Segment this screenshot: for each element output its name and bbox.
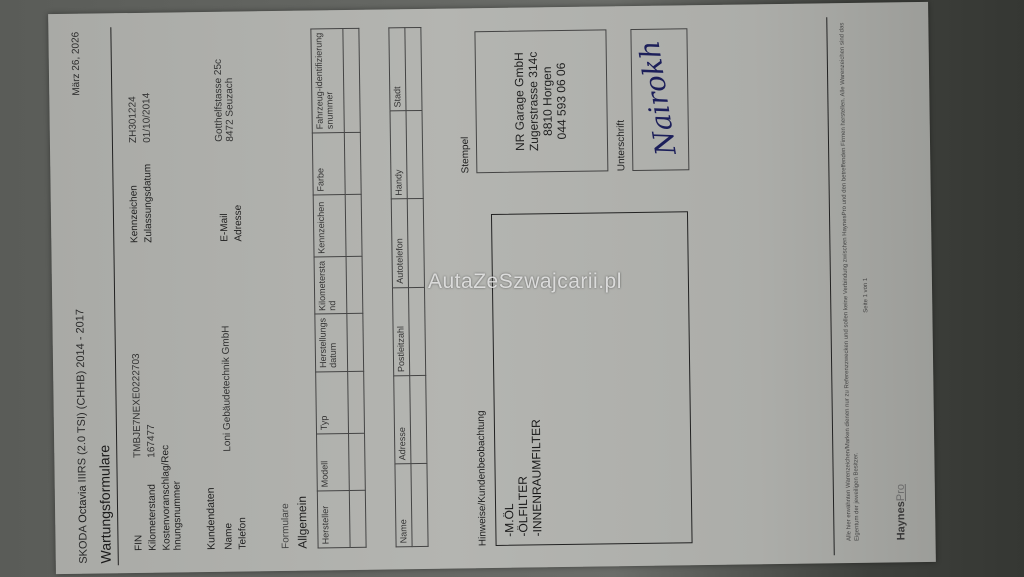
stamp-line: Zugerstrasse 314c xyxy=(525,31,541,171)
table-cell[interactable] xyxy=(411,463,428,546)
vehicle-variant: IIIRS (2.0 TSI) (CHHB) 2014 - 2017 xyxy=(74,309,88,483)
table-cell[interactable] xyxy=(349,433,366,490)
fin-label: FIN xyxy=(133,535,144,551)
stamp-label: Stempel xyxy=(460,137,472,174)
mileage-label: Kilometerstand xyxy=(147,484,159,551)
signature-value: Nairokh xyxy=(631,28,683,158)
table-cell[interactable] xyxy=(346,257,363,314)
registration-date-label: Zulassungsdatum xyxy=(142,164,154,243)
mileage-value: 167477 xyxy=(146,424,157,458)
table-cell[interactable] xyxy=(349,490,366,547)
customer-info-table: Name Adresse Postleitzahl Autotelefon Ha… xyxy=(388,27,428,547)
stamp-box: NR Garage GmbH Zugerstrasse 314c 8810 Ho… xyxy=(474,29,608,173)
col-header: Herstellungsdatum xyxy=(315,314,348,372)
invoice-number-label: Kostenvoranschlag/Rechnungsnummer xyxy=(160,440,184,550)
customer-address-value: Gotthelfstasse 25c 8472 Seuzach xyxy=(213,59,236,142)
table-cell[interactable] xyxy=(407,199,424,287)
vehicle-info-table: Hersteller Modell Typ Herstellungsdatum … xyxy=(310,28,366,549)
footer-divider xyxy=(826,17,835,555)
table-cell[interactable] xyxy=(405,27,422,110)
col-header: Stadt xyxy=(389,28,406,111)
col-header: Hersteller xyxy=(317,490,350,548)
stamp-text: NR Garage GmbH Zugerstrasse 314c 8810 Ho… xyxy=(511,31,569,172)
brand-name: Haynes xyxy=(895,501,908,540)
col-header: Handy xyxy=(390,111,407,199)
footer-page: Seite 1 von 1 xyxy=(862,278,870,313)
notes-label: Hinweise/Kundenbeobachtung xyxy=(476,410,489,546)
watermark: AutaZeSzwajcarii.pl xyxy=(428,270,622,294)
forms-section-label: Formulare xyxy=(280,503,292,549)
table-cell[interactable] xyxy=(410,375,427,463)
col-header: Autotelefon xyxy=(391,199,408,287)
table-cell[interactable] xyxy=(347,314,364,371)
col-header: Typ xyxy=(316,371,349,434)
vehicle-make: SKODA xyxy=(77,526,90,564)
notes-box[interactable]: -M.ÖL -ÖLFILTER -INNENRAUMFILTER xyxy=(491,211,693,546)
customer-section-label: Kundendaten xyxy=(205,487,218,550)
col-header: Postleitzahl xyxy=(392,287,409,375)
forms-subsection-label: Allgemein xyxy=(295,496,310,549)
customer-name-label: Name xyxy=(223,523,234,550)
col-header: Name xyxy=(395,464,412,547)
col-header: Adresse xyxy=(394,375,411,463)
table-cell[interactable] xyxy=(348,371,365,433)
print-date: März 26, 2026 xyxy=(70,32,82,96)
col-header: Farbe xyxy=(312,132,345,195)
customer-phone-label: Telefon xyxy=(237,517,248,549)
col-header: Modell xyxy=(317,433,350,491)
signature-label: Unterschrift xyxy=(616,120,628,171)
footer-disclaimer: Alle hier erwähnten Warenzeichen/Marken … xyxy=(838,21,861,541)
table-cell[interactable] xyxy=(344,132,361,194)
signature-box[interactable]: Nairokh xyxy=(630,28,689,171)
table-cell[interactable] xyxy=(343,28,360,132)
customer-name-value: Loni Gebäudetechnik GmbH xyxy=(220,325,233,451)
col-header: Kennzeichen xyxy=(313,195,346,258)
vehicle-title: SKODA Octavia IIIRS (2.0 TSI) (CHHB) 201… xyxy=(74,309,90,564)
plate-value: ZH301224 xyxy=(127,96,139,143)
haynespro-logo: HaynesPro xyxy=(895,484,908,540)
col-header: Fahrzeug-identifizierungsnummer xyxy=(311,29,344,133)
customer-address-label: Adresse xyxy=(233,205,245,242)
fin-value: TMBJE7NEXE0222703 xyxy=(131,353,143,458)
plate-label: Kennzeichen xyxy=(129,185,141,243)
vehicle-model: Octavia xyxy=(77,485,90,522)
brand-suffix: Pro xyxy=(895,484,907,501)
table-cell[interactable] xyxy=(408,287,425,375)
table-cell[interactable] xyxy=(406,111,423,199)
customer-email-label: E-Mail xyxy=(219,213,230,241)
registration-date-value: 01/10/2014 xyxy=(141,93,153,143)
stamp-line: 044 593 06 06 xyxy=(553,31,569,171)
form-title: Wartungsformulare xyxy=(96,445,114,564)
table-cell[interactable] xyxy=(345,194,362,256)
col-header: Kilometerstand xyxy=(314,257,347,315)
